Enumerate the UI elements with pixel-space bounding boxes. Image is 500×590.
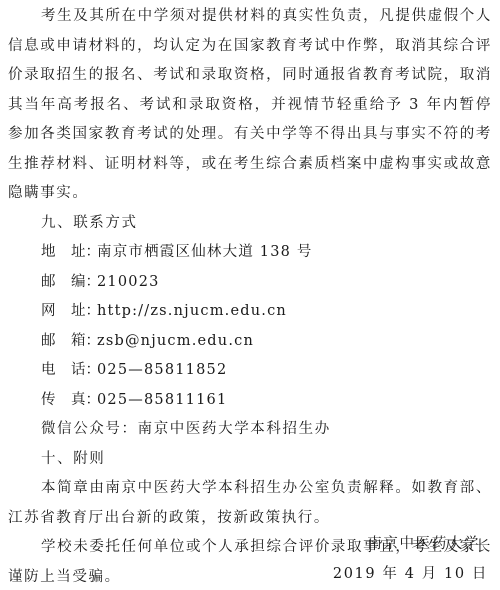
email-link[interactable]: zsb@njucm.edu.cn xyxy=(97,333,254,349)
website-label: 网址： xyxy=(41,297,97,327)
signature-organization: 南京中医药大学 xyxy=(367,530,480,560)
wechat-value: 南京中医药大学本科招生办 xyxy=(138,421,331,437)
contact-fax: 传真：025—85811161 xyxy=(8,386,492,416)
address-label: 地址： xyxy=(41,238,97,268)
phone-label: 电话： xyxy=(41,356,97,386)
contact-address: 地址：南京市栖霞区仙林大道 138 号 xyxy=(8,238,492,268)
wechat-label: 微信公众号： xyxy=(41,421,138,437)
address-value: 南京市栖霞区仙林大道 138 号 xyxy=(97,244,313,260)
contact-heading: 九、联系方式 xyxy=(8,209,492,239)
postcode-label: 邮编： xyxy=(41,268,97,298)
document-body: 考生及其所在中学须对提供材料的真实性负责，凡提供虚假个人信息或申请材料的，均认定… xyxy=(8,2,492,590)
signature-date: 2019 年 4 月 10 日 xyxy=(333,560,488,590)
contact-wechat: 微信公众号：南京中医药大学本科招生办 xyxy=(8,415,492,445)
contact-postcode: 邮编：210023 xyxy=(8,268,492,298)
contact-website: 网址：http://zs.njucm.edu.cn xyxy=(8,297,492,327)
appendix-heading: 十、附则 xyxy=(8,445,492,475)
appendix-paragraph-1: 本简章由南京中医药大学本科招生办公室负责解释。如教育部、江苏省教育厅出台新的政策… xyxy=(8,474,492,533)
phone-value: 025—85811852 xyxy=(97,362,227,378)
email-label: 邮箱： xyxy=(41,327,97,357)
postcode-value: 210023 xyxy=(97,274,160,290)
fax-label: 传真： xyxy=(41,386,97,416)
fax-value: 025—85811161 xyxy=(97,392,227,408)
contact-email: 邮箱：zsb@njucm.edu.cn xyxy=(8,327,492,357)
website-link[interactable]: http://zs.njucm.edu.cn xyxy=(97,303,287,319)
contact-phone: 电话：025—85811852 xyxy=(8,356,492,386)
integrity-paragraph: 考生及其所在中学须对提供材料的真实性负责，凡提供虚假个人信息或申请材料的，均认定… xyxy=(8,2,492,209)
